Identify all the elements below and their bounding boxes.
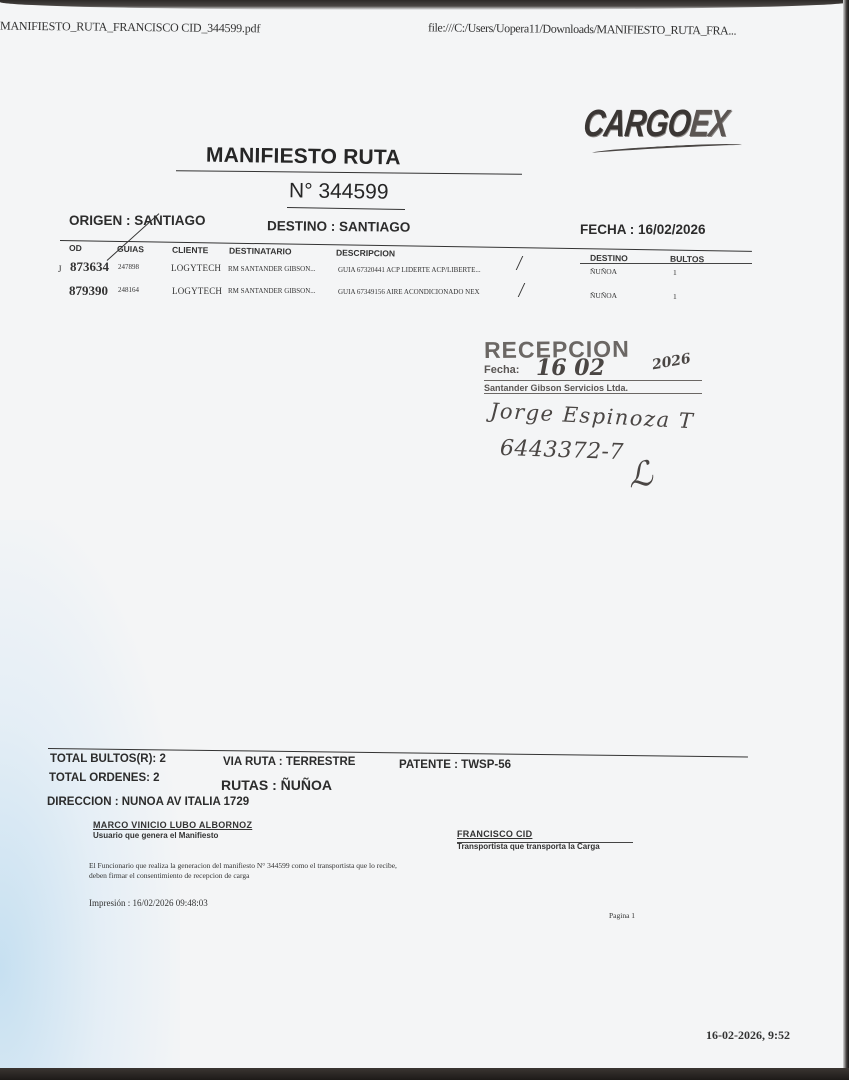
photo-top-edge [0,0,849,10]
col-cliente: CLIENTE [172,245,209,256]
table-header-rule [580,263,752,264]
patente: PATENTE : TWSP-56 [399,759,511,771]
origen: ORIGEN : SANTIAGO [69,213,206,228]
receiver-rut-handwritten: 6443372-7 [500,436,625,465]
col-destino: DESTINO [590,253,628,264]
destino: DESTINO : SANTIAGO [267,218,410,234]
total-ordenes: TOTAL ORDENES: 2 [49,772,160,784]
col-descripcion: DESCRIPCION [336,248,395,259]
generator-name: MARCO VINICIO LUBO ALBORNOZ [93,820,252,830]
stamp-date-handwritten: 16 02 [536,355,605,381]
cell-od: 873634 [70,259,109,275]
via-ruta: VIA RUTA : TERRESTRE [223,756,355,768]
cell-guia: 248164 [118,286,139,294]
generator-role: Usuario que genera el Manifiesto [93,831,218,840]
carrier-role: Transportista que transporta la Carga [457,842,600,851]
rutas: RUTAS : ÑUÑOA [221,777,332,793]
manifest-number: N° 344599 [289,179,389,204]
check-mark-icon [507,256,524,270]
logo-cargo: CARGO [581,103,692,145]
row-mark: J [58,264,62,274]
print-timestamp: Impresión : 16/02/2026 09:48:03 [89,898,208,908]
cell-descripcion: GUIA 67320441 ACP LIDERTE ACP/LIBERTE... [338,266,481,274]
photo-bottom-edge [0,1068,849,1080]
cell-descripcion: GUIA 67349156 AIRE ACONDICIONADO NEX [338,288,480,296]
cell-destino: ÑUÑOA [590,291,617,300]
cell-guia: 247898 [118,263,139,271]
print-footer-datetime: 16-02-2026, 9:52 [706,1028,790,1043]
cell-destinatario: RM SANTANDER GIBSON... [228,287,316,295]
stamp-company: Santander Gibson Servicios Ltda. [484,383,702,394]
cargoex-logo: CARGOEX [581,103,730,146]
fecha: FECHA : 16/02/2026 [580,222,706,237]
table-top-rule [60,240,752,252]
document-title: MANIFIESTO RUTA [206,144,401,171]
cell-od: 879390 [69,283,108,299]
reception-stamp: RECEPCION Fecha: 16 02 2026 Santander Gi… [484,338,710,408]
col-bultos: BULTOS [670,254,704,264]
cell-destino: ÑUÑOA [590,267,617,276]
fineprint-line-2: deben firmar el consentimiento de recepc… [89,871,249,881]
total-bultos: TOTAL BULTOS(R): 2 [50,753,166,765]
cell-cliente: LOGYTECH [172,286,222,296]
number-underline [287,207,405,210]
logo-ex: EX [688,103,731,145]
check-mark-icon [509,283,526,297]
carrier-name: FRANCISCO CID [457,829,532,839]
col-destinatario: DESTINATARIO [229,246,292,257]
file-title: MANIFIESTO_RUTA_FRANCISCO CID_344599.pdf [0,19,260,37]
receiver-signature: ℒ [625,453,655,496]
cell-bultos: 1 [673,268,677,277]
print-header: MANIFIESTO_RUTA_FRANCISCO CID_344599.pdf… [0,18,849,42]
cell-destinatario: RM SANTANDER GIBSON... [228,265,316,273]
stamp-date-line: Fecha: 16 02 2026 [484,364,702,381]
photo-right-edge [843,0,849,1080]
file-url: file:///C:/Users/Uopera11/Downloads/MANI… [428,20,736,38]
cell-bultos: 1 [673,292,677,301]
page-number: Pagina 1 [609,911,635,920]
title-underline [176,170,522,175]
cell-cliente: LOGYTECH [171,263,221,273]
stamp-date-label: Fecha: [484,364,519,376]
direccion: DIRECCION : NUNOA AV ITALIA 1729 [47,796,249,808]
fineprint-line-1: El Funcionario que realiza la generacion… [89,861,397,871]
col-od: OD [69,243,82,253]
